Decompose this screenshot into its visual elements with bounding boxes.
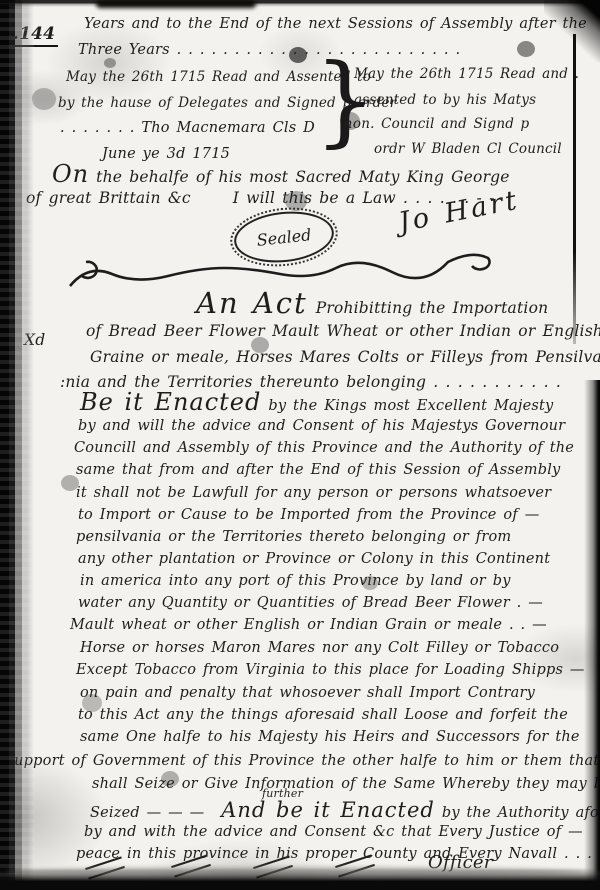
attest-right-line: hon. Council and Signd p: [344, 116, 529, 132]
act-title-big: An Act: [196, 286, 308, 320]
body-line: same One halfe to his Majesty his Heirs …: [80, 729, 580, 745]
attest-right-line: ordr W Bladen Cl Council: [374, 141, 562, 157]
body-line-hanging: Support of Government of this Province t…: [4, 753, 599, 769]
manuscript-line: Years and to the End of the next Session…: [84, 16, 587, 32]
body-line: pensilvania or the Territories thereto b…: [76, 529, 511, 545]
body-line: to Import or Cause to be Imported from t…: [78, 507, 539, 523]
body-line: Seized — — — And be it Enactedby the Aut…: [90, 798, 600, 822]
paper-speckles: [104, 58, 116, 68]
body-line: peace in this province in his proper Cou…: [76, 846, 592, 862]
body-line: Mault wheat or other English or Indian G…: [70, 617, 547, 633]
body-line: by and with the advice and Consent &c th…: [84, 824, 583, 840]
attest-right-line: May the 26th 1715 Read and .: [354, 66, 579, 82]
act-title-line: of Bread Beer Flower Mault Wheat or othe…: [86, 322, 600, 340]
body-line: Councill and Assembly of this Province a…: [74, 440, 574, 456]
body-line: Except Tobacco from Virginia to this pla…: [76, 662, 585, 678]
manuscript-scan: .144 Years and to the End of the next Se…: [0, 0, 600, 890]
body-line: same that from and after the End of this…: [76, 462, 560, 478]
body-line: Horse or horses Maron Mares nor any Colt…: [80, 640, 559, 656]
scan-corner-top-right: [544, 0, 600, 62]
body-line: it shall not be Lawfull for any person o…: [76, 485, 551, 501]
body-line: to this Act any the things aforesaid sha…: [78, 707, 568, 723]
enacting-big-words: Be it Enacted: [80, 388, 261, 416]
body-line: on pain and penalty that whosoever shall…: [80, 685, 535, 701]
attest-right-line: assented to by his Matys: [354, 92, 536, 108]
body-line: water any Quantity or Quantities of Brea…: [78, 595, 543, 611]
enacting-big-words: And be it Enacted: [221, 798, 435, 822]
scan-line-right: [573, 34, 576, 344]
body-line: by and will the advice and Consent of hi…: [78, 418, 565, 434]
body-line: shall Seize or Give Information of the S…: [92, 776, 600, 792]
body-line: any other plantation or Province or Colo…: [78, 551, 550, 567]
attest-left-line: . . . . . . . Tho Macnemara Cls D: [60, 120, 315, 136]
manuscript-line: Three Years . . . . . . . . . . . . . . …: [78, 42, 460, 58]
scan-edge-left: [0, 0, 34, 890]
assent-big-word: On: [52, 160, 89, 188]
scan-edge-bottom: [0, 868, 600, 890]
body-line: in america into any port of this Provinc…: [80, 573, 511, 589]
act-title-line: Graine or meale, Horses Mares Colts or F…: [90, 348, 600, 366]
scan-edge-right: [584, 380, 600, 890]
act-title-line: An ActProhibitting the Importation: [196, 286, 548, 320]
scan-smudge-top: [96, 0, 256, 8]
enacting-clause: Be it Enactedby the Kings most Excellent…: [80, 388, 553, 416]
assent-line: Onthe behalfe of his most Sacred Maty Ki…: [52, 160, 510, 188]
scan-edge-top: [0, 0, 600, 7]
